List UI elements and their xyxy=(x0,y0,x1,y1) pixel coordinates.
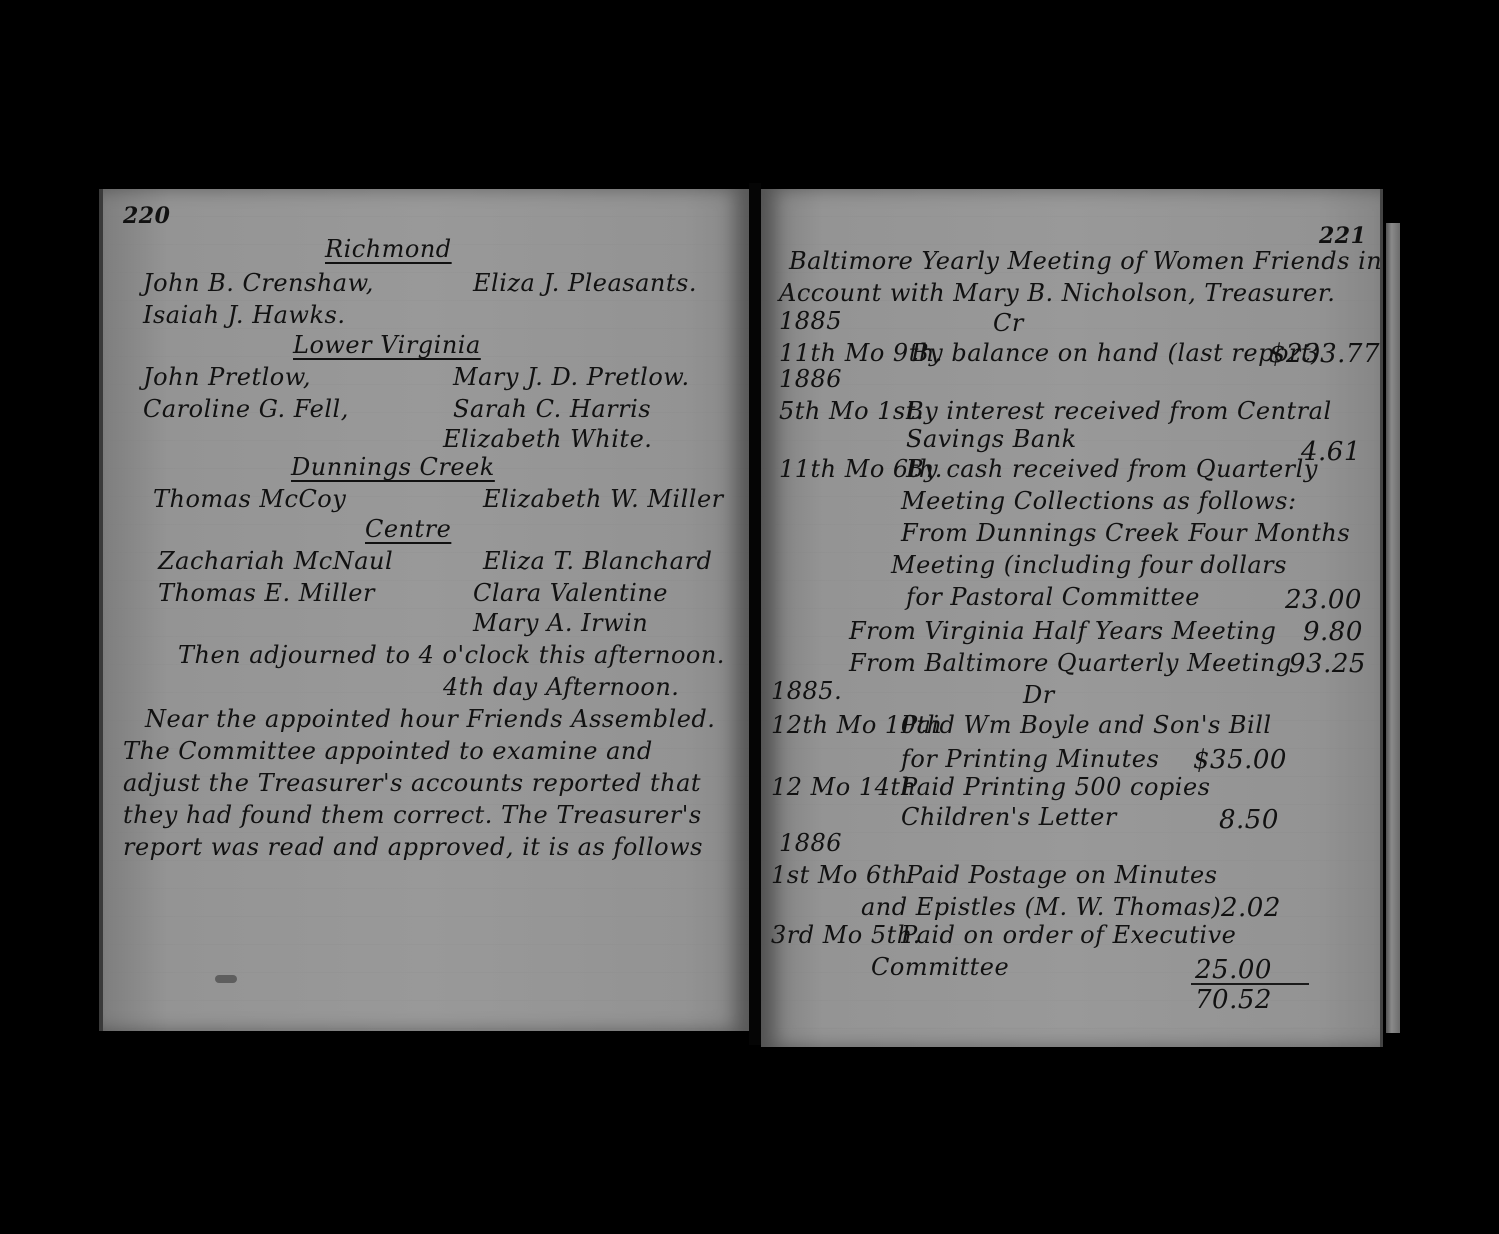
entry-text: From Dunnings Creek Four Months xyxy=(901,519,1350,547)
entry-text: Children's Letter xyxy=(901,803,1117,831)
entry-text: Committee xyxy=(871,953,1009,981)
entry-year: 1886 xyxy=(779,829,842,857)
entry-year: 1885. xyxy=(771,677,842,705)
entry-date: 5th Mo 1st. xyxy=(779,397,924,425)
entry-text: Paid Postage on Minutes xyxy=(906,861,1218,889)
entry-year: 1886 xyxy=(779,365,842,393)
member-name: Elizabeth W. Miller xyxy=(483,485,724,513)
entry-amount: 25.00 xyxy=(1195,955,1272,985)
section-heading: Centre xyxy=(365,515,451,543)
section-heading: Lower Virginia xyxy=(293,331,481,359)
entry-text: By cash received from Quarterly xyxy=(906,455,1318,483)
member-name: John B. Crenshaw, xyxy=(143,269,374,297)
page-number: 220 xyxy=(123,203,170,229)
member-name: Thomas McCoy xyxy=(153,485,346,513)
entry-text: Paid Wm Boyle and Son's Bill xyxy=(901,711,1272,739)
member-name: Thomas E. Miller xyxy=(158,579,375,607)
entry-date: 3rd Mo 5th. xyxy=(771,921,921,949)
minutes-line: adjust the Treasurer's accounts reported… xyxy=(123,769,701,797)
member-name: Eliza J. Pleasants. xyxy=(473,269,697,297)
entry-text: Paid Printing 500 copies xyxy=(901,773,1210,801)
credit-label: Cr xyxy=(993,309,1024,337)
debit-label: Dr xyxy=(1023,681,1055,709)
open-ledger-book: 220 Richmond John B. Crenshaw, Eliza J. … xyxy=(93,183,1408,1045)
entry-text: By balance on hand (last report) xyxy=(911,339,1321,367)
entry-amount: 93.25 xyxy=(1289,649,1366,679)
entry-text: Savings Bank xyxy=(906,425,1077,453)
entry-text: From Baltimore Quarterly Meeting xyxy=(849,649,1292,677)
page-edges xyxy=(1386,223,1400,1033)
entry-text: Meeting Collections as follows: xyxy=(901,487,1297,515)
member-name: Clara Valentine xyxy=(473,579,668,607)
page-number: 221 xyxy=(1319,223,1366,249)
minutes-line: they had found them correct. The Treasur… xyxy=(123,801,702,829)
entry-year: 1885 xyxy=(779,307,842,335)
session-heading: 4th day Afternoon. xyxy=(443,673,679,701)
entry-amount: 9.80 xyxy=(1303,617,1363,647)
member-name: Mary J. D. Pretlow. xyxy=(453,363,690,391)
right-page: 221 Baltimore Yearly Meeting of Women Fr… xyxy=(761,189,1383,1047)
minutes-line: Near the appointed hour Friends Assemble… xyxy=(145,705,715,733)
account-title: Account with Mary B. Nicholson, Treasure… xyxy=(779,279,1335,307)
member-name: John Pretlow, xyxy=(143,363,311,391)
entry-amount: $233.77 xyxy=(1269,339,1380,369)
member-name: Zachariah McNaul xyxy=(158,547,393,575)
account-title: Baltimore Yearly Meeting of Women Friend… xyxy=(789,247,1382,275)
left-page: 220 Richmond John B. Crenshaw, Eliza J. … xyxy=(99,189,749,1031)
entry-text: for Pastoral Committee xyxy=(906,583,1200,611)
debit-total: 70.52 xyxy=(1195,985,1272,1015)
member-name: Caroline G. Fell, xyxy=(143,395,349,423)
member-name: Isaiah J. Hawks. xyxy=(143,301,345,329)
member-name: Mary A. Irwin xyxy=(473,609,648,637)
entry-text: Meeting (including four dollars xyxy=(891,551,1287,579)
book-gutter xyxy=(749,183,761,1045)
entry-text: for Printing Minutes xyxy=(901,745,1159,773)
entry-text: Paid on order of Executive xyxy=(901,921,1236,949)
entry-text: From Virginia Half Years Meeting xyxy=(849,617,1276,645)
entry-amount: 23.00 xyxy=(1285,585,1362,615)
minutes-line: report was read and approved, it is as f… xyxy=(123,833,703,861)
entry-text: By interest received from Central xyxy=(906,397,1332,425)
member-name: Elizabeth White. xyxy=(443,425,652,453)
section-heading: Richmond xyxy=(325,235,452,263)
minutes-line: The Committee appointed to examine and xyxy=(123,737,653,765)
entry-date: 1st Mo 6th xyxy=(771,861,908,889)
entry-amount: 2.02 xyxy=(1221,893,1281,923)
section-heading: Dunnings Creek xyxy=(291,453,495,481)
entry-amount: $35.00 xyxy=(1193,745,1287,775)
entry-amount: 8.50 xyxy=(1219,805,1279,835)
member-name: Sarah C. Harris xyxy=(453,395,651,423)
member-name: Eliza T. Blanchard xyxy=(483,547,712,575)
adjourn-line: Then adjourned to 4 o'clock this afterno… xyxy=(178,641,725,669)
entry-date: 12 Mo 14th xyxy=(771,773,916,801)
entry-text: and Epistles (M. W. Thomas) xyxy=(861,893,1221,921)
ink-smudge xyxy=(215,975,237,983)
